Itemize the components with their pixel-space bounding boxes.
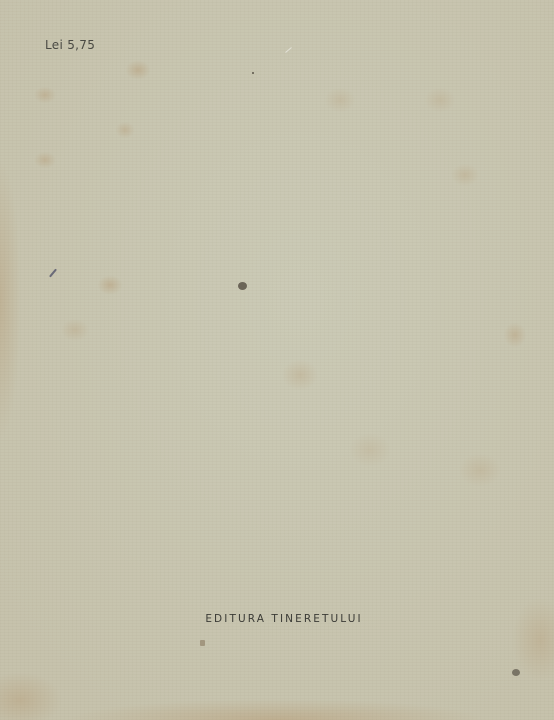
smudge: [200, 640, 205, 646]
ink-spot: [512, 669, 520, 676]
pen-mark: [49, 269, 57, 278]
ink-spot: [238, 282, 247, 290]
pen-mark: [285, 47, 292, 53]
publisher-name: EDITURA TINERETULUI: [0, 613, 554, 625]
publisher-text: EDITURA TINERETULUI: [191, 613, 362, 625]
ink-spot: [252, 72, 254, 74]
price-label: Lei 5,75: [45, 38, 95, 52]
paper-texture: [0, 0, 554, 720]
book-back-cover: Lei 5,75 EDITURA TINERETULUI: [0, 0, 554, 720]
